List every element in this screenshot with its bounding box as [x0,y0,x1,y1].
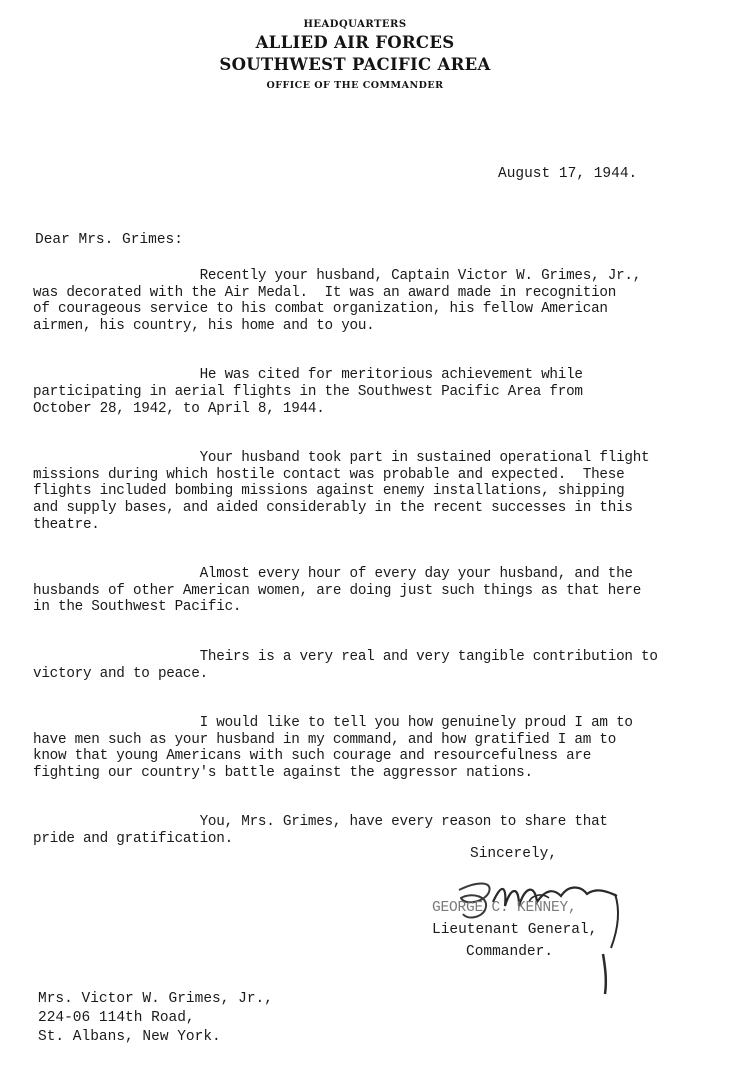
paragraph-line: Recently your husband, Captain Victor W.… [33,268,733,285]
paragraph-line: He was cited for meritorious achievement… [33,367,733,384]
letterhead-headquarters: HEADQUARTERS [0,18,710,32]
paragraph-line: know that young Americans with such cour… [33,748,733,765]
paragraph-line: and supply bases, and aided considerably… [33,500,733,517]
address-line: 224-06 114th Road, [38,1009,273,1028]
signer-name: GEORGE C. KENNEY, [432,897,597,919]
paragraph-line: was decorated with the Air Medal. It was… [33,285,733,302]
paragraph-line: husbands of other American women, are do… [33,583,733,600]
paragraph-line: victory and to peace. [33,666,733,683]
paragraph-line: flights included bombing missions agains… [33,483,733,500]
paragraph-line: Almost every hour of every day your husb… [33,566,733,583]
salutation: Dear Mrs. Grimes: [35,232,183,248]
paragraph-line: pride and gratification. [33,831,733,848]
address-line: Mrs. Victor W. Grimes, Jr., [38,990,273,1009]
paragraph-line: in the Southwest Pacific. [33,599,733,616]
body-paragraph: He was cited for meritorious achievement… [33,367,733,417]
paragraph-line: missions during which hostile contact wa… [33,467,733,484]
letter-date: August 17, 1944. [498,166,637,182]
paragraph-line: Theirs is a very real and very tangible … [33,649,733,666]
paragraph-line: fighting our country's battle against th… [33,765,733,782]
body-paragraph: I would like to tell you how genuinely p… [33,715,733,781]
letterhead: HEADQUARTERS ALLIED AIR FORCES SOUTHWEST… [0,18,710,96]
body-paragraph: You, Mrs. Grimes, have every reason to s… [33,814,733,847]
signer-rank: Lieutenant General, [432,919,597,941]
signature-block: GEORGE C. KENNEY, Lieutenant General, Co… [432,897,597,963]
body-paragraph: Your husband took part in sustained oper… [33,450,733,533]
address-line: St. Albans, New York. [38,1028,273,1047]
letterhead-organization: ALLIED AIR FORCES [0,32,710,54]
body-paragraph: Recently your husband, Captain Victor W.… [33,268,733,334]
paragraph-line: October 28, 1942, to April 8, 1944. [33,401,733,418]
body-paragraph: Theirs is a very real and very tangible … [33,649,733,682]
body-paragraph: Almost every hour of every day your husb… [33,566,733,616]
paragraph-line: of courageous service to his combat orga… [33,301,733,318]
signer-title: Commander. [432,941,597,963]
closing: Sincerely, [470,846,557,862]
letterhead-area: SOUTHWEST PACIFIC AREA [0,54,710,76]
paragraph-line: I would like to tell you how genuinely p… [33,715,733,732]
paragraph-line: airmen, his country, his home and to you… [33,318,733,335]
paragraph-line: have men such as your husband in my comm… [33,732,733,749]
letter-body: Recently your husband, Captain Victor W.… [33,268,733,881]
paragraph-line: You, Mrs. Grimes, have every reason to s… [33,814,733,831]
paragraph-line: participating in aerial flights in the S… [33,384,733,401]
paragraph-line: Your husband took part in sustained oper… [33,450,733,467]
letterhead-office: OFFICE OF THE COMMANDER [0,76,710,96]
paragraph-line: theatre. [33,517,733,534]
recipient-address: Mrs. Victor W. Grimes, Jr.,224-06 114th … [38,990,273,1047]
